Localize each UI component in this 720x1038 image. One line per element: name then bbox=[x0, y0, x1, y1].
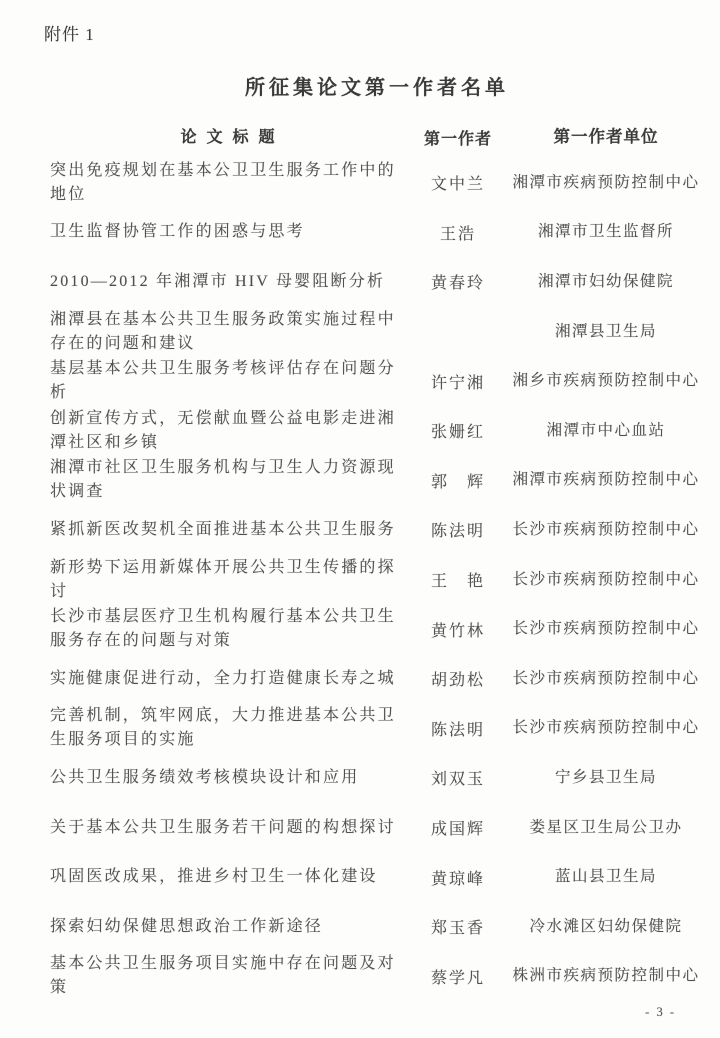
affiliation-cell: 长沙市疾病预防控制中心 bbox=[508, 618, 704, 640]
author-cell: 黄琼峰 bbox=[408, 866, 508, 889]
affiliation-cell: 长沙市疾病预防控制中心 bbox=[508, 668, 704, 690]
affiliation-cell: 湘潭市疾病预防控制中心 bbox=[508, 469, 704, 491]
author-cell: 黄春玲 bbox=[408, 270, 508, 293]
affiliation-cell: 娄星区卫生局公卫办 bbox=[508, 817, 704, 839]
table-row: 新形势下运用新媒体开展公共卫生传播的探讨 王 艳 长沙市疾病预防控制中心 bbox=[50, 555, 704, 605]
document-title: 所征集论文第一作者名单 bbox=[50, 71, 704, 100]
affiliation-cell: 宁乡县卫生局 bbox=[508, 767, 704, 789]
affiliation-cell: 蓝山县卫生局 bbox=[508, 866, 704, 888]
affiliation-cell: 长沙市疾病预防控制中心 bbox=[508, 569, 704, 591]
author-cell: 刘双玉 bbox=[408, 766, 508, 789]
paper-title-cell: 卫生监督协管工作的困惑与思考 bbox=[50, 220, 408, 244]
affiliation-cell: 湘潭市妇幼保健院 bbox=[508, 271, 704, 293]
author-cell: 胡劲松 bbox=[408, 667, 508, 690]
affiliation-cell: 株洲市疾病预防控制中心 bbox=[508, 965, 704, 987]
affiliation-cell: 湘乡市疾病预防控制中心 bbox=[508, 370, 704, 392]
table-row: 实施健康促进行动，全力打造健康长寿之城 胡劲松 长沙市疾病预防控制中心 bbox=[50, 654, 704, 704]
paper-title-cell: 巩固医改成果，推进乡村卫生一体化建设 bbox=[50, 865, 408, 889]
page-number: - 3 - bbox=[645, 1005, 676, 1020]
paper-title-cell: 2010—2012 年湘潭市 HIV 母婴阻断分析 bbox=[50, 270, 408, 294]
author-cell: 王 艳 bbox=[408, 568, 508, 591]
table-row: 长沙市基层医疗卫生机构履行基本公共卫生服务存在的问题与对策 黄竹林 长沙市疾病预… bbox=[50, 604, 704, 654]
table-row: 卫生监督协管工作的困惑与思考 王浩 湘潭市卫生监督所 bbox=[50, 208, 704, 258]
paper-title-cell: 完善机制，筑牢网底，大力推进基本公共卫生服务项目的实施 bbox=[50, 704, 408, 752]
table-row: 探索妇幼保健思想政治工作新途径 郑玉香 冷水滩区妇幼保健院 bbox=[50, 902, 704, 952]
table-row: 关于基本公共卫生服务若干问题的构想探讨 成国辉 娄星区卫生局公卫办 bbox=[50, 803, 704, 853]
affiliation-cell: 长沙市疾病预防控制中心 bbox=[508, 717, 704, 739]
column-header-author-affiliation: 第一作者单位 bbox=[508, 126, 704, 150]
table-row: 突出免疫规划在基本公卫卫生服务工作中的地位 文中兰 湘潭市疾病预防控制中心 bbox=[50, 158, 704, 208]
paper-title-cell: 基本公共卫生服务项目实施中存在问题及对策 bbox=[50, 952, 408, 1000]
paper-title-cell: 紧抓新医改契机全面推进基本公共卫生服务 bbox=[50, 518, 408, 542]
table-header-row: 论 文 标 题 第一作者 第一作者单位 bbox=[50, 126, 704, 150]
table-row: 巩固医改成果，推进乡村卫生一体化建设 黄琼峰 蓝山县卫生局 bbox=[50, 852, 704, 902]
affiliation-cell: 湘潭市疾病预防控制中心 bbox=[508, 172, 704, 194]
paper-title-cell: 实施健康促进行动，全力打造健康长寿之城 bbox=[50, 667, 408, 691]
author-cell: 蔡学凡 bbox=[408, 965, 508, 988]
paper-title-cell: 湘潭县在基本公共卫生服务政策实施过程中存在的问题和建议 bbox=[50, 308, 408, 356]
affiliation-cell: 湘潭市卫生监督所 bbox=[508, 221, 704, 243]
author-cell: 许宁湘 bbox=[408, 370, 508, 393]
author-cell: 郑玉香 bbox=[408, 915, 508, 938]
paper-title-cell: 创新宣传方式，无偿献血暨公益电影走进湘潭社区和乡镇 bbox=[50, 407, 408, 455]
table-row: 紧抓新医改契机全面推进基本公共卫生服务 陈法明 长沙市疾病预防控制中心 bbox=[50, 505, 704, 555]
affiliation-cell: 冷水滩区妇幼保健院 bbox=[508, 916, 704, 938]
table-row: 创新宣传方式，无偿献血暨公益电影走进湘潭社区和乡镇 张姗红 湘潭市中心血站 bbox=[50, 406, 704, 456]
document-page: 附件 1 所征集论文第一作者名单 论 文 标 题 第一作者 第一作者单位 突出免… bbox=[0, 0, 720, 1038]
affiliation-cell: 湘潭市中心血站 bbox=[508, 420, 704, 442]
author-cell: 陈法明 bbox=[408, 518, 508, 541]
table-row: 完善机制，筑牢网底，大力推进基本公共卫生服务项目的实施 陈法明 长沙市疾病预防控… bbox=[50, 704, 704, 754]
paper-title-cell: 基层基本公共卫生服务考核评估存在问题分析 bbox=[50, 357, 408, 405]
paper-title-cell: 突出免疫规划在基本公卫卫生服务工作中的地位 bbox=[50, 159, 408, 207]
affiliation-cell: 长沙市疾病预防控制中心 bbox=[508, 519, 704, 541]
attachment-label: 附件 1 bbox=[44, 20, 704, 45]
author-cell: 郭 辉 bbox=[408, 469, 508, 492]
table-row: 基层基本公共卫生服务考核评估存在问题分析 许宁湘 湘乡市疾病预防控制中心 bbox=[50, 356, 704, 406]
affiliation-cell: 湘潭县卫生局 bbox=[508, 321, 704, 343]
author-cell: 文中兰 bbox=[408, 171, 508, 194]
table-row: 湘潭县在基本公共卫生服务政策实施过程中存在的问题和建议 湘潭县卫生局 bbox=[50, 307, 704, 357]
column-header-first-author: 第一作者 bbox=[408, 126, 508, 150]
paper-title-cell: 探索妇幼保健思想政治工作新途径 bbox=[50, 915, 408, 939]
paper-title-cell: 公共卫生服务绩效考核模块设计和应用 bbox=[50, 766, 408, 790]
table-row: 2010—2012 年湘潭市 HIV 母婴阻断分析 黄春玲 湘潭市妇幼保健院 bbox=[50, 257, 704, 307]
author-cell: 陈法明 bbox=[408, 717, 508, 740]
column-header-paper-title: 论 文 标 题 bbox=[50, 126, 408, 150]
author-cell: 黄竹林 bbox=[408, 618, 508, 641]
author-cell: 张姗红 bbox=[408, 419, 508, 442]
author-cell: 王浩 bbox=[408, 221, 508, 244]
table-row: 公共卫生服务绩效考核模块设计和应用 刘双玉 宁乡县卫生局 bbox=[50, 753, 704, 803]
paper-title-cell: 湘潭市社区卫生服务机构与卫生人力资源现状调查 bbox=[50, 456, 408, 504]
table-row: 湘潭市社区卫生服务机构与卫生人力资源现状调查 郭 辉 湘潭市疾病预防控制中心 bbox=[50, 456, 704, 506]
paper-title-cell: 长沙市基层医疗卫生机构履行基本公共卫生服务存在的问题与对策 bbox=[50, 605, 408, 653]
table-row: 基本公共卫生服务项目实施中存在问题及对策 蔡学凡 株洲市疾病预防控制中心 bbox=[50, 952, 704, 1002]
paper-title-cell: 关于基本公共卫生服务若干问题的构想探讨 bbox=[50, 816, 408, 840]
author-cell: 成国辉 bbox=[408, 816, 508, 839]
paper-table-body: 突出免疫规划在基本公卫卫生服务工作中的地位 文中兰 湘潭市疾病预防控制中心 卫生… bbox=[50, 158, 704, 1001]
paper-title-cell: 新形势下运用新媒体开展公共卫生传播的探讨 bbox=[50, 556, 408, 604]
